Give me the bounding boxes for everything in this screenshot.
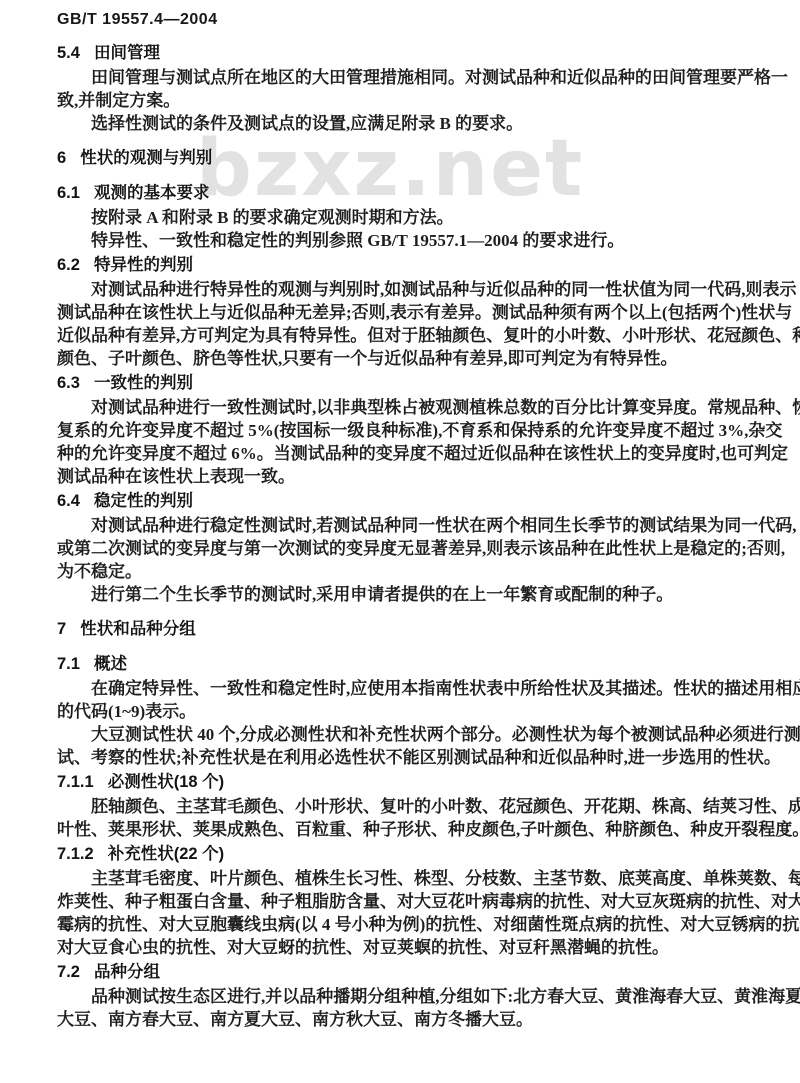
section-heading-6-2: 6.2特异性的判别 (57, 254, 750, 277)
section-number: 7.2 (57, 961, 80, 984)
section-title: 特异性的判别 (94, 256, 193, 274)
text-line: 在确定特异性、一致性和稳定性时,应使用本指南性状表中所给性状及其描述。性状的描述… (57, 677, 750, 700)
section-heading-7-2: 7.2品种分组 (57, 961, 750, 984)
text-line: 复系的允许变异度不超过 5%(按国标一级良种标准),不育系和保持系的允许变异度不… (57, 419, 750, 442)
text-line: 大豆、南方春大豆、南方夏大豆、南方秋大豆、南方冬播大豆。 (57, 1008, 750, 1031)
standard-number-header: GB/T 19557.4—2004 (0, 0, 800, 31)
text-line: 致,并制定方案。 (57, 89, 750, 112)
section-heading-7: 7性状和品种分组 (57, 618, 750, 641)
section-heading-6-3: 6.3一致性的判别 (57, 372, 750, 395)
text-line: 对测试品种进行稳定性测试时,若测试品种同一性状在两个相同生长季节的测试结果为同一… (57, 514, 750, 537)
section-heading-7-1: 7.1概述 (57, 653, 750, 676)
text-line: 种的允许变异度不超过 6%。当测试品种的变异度不超过近似品种在该性状上的变异度时… (57, 442, 750, 465)
section-number: 7 (57, 618, 66, 641)
section-title: 田间管理 (94, 44, 160, 62)
text-line: 霉病的抗性、对大豆胞囊线虫病(以 4 号小种为例)的抗性、对细菌性斑点病的抗性、… (57, 913, 750, 936)
text-line: 大豆测试性状 40 个,分成必测性状和补充性状两个部分。必测性状为每个被测试品种… (57, 723, 750, 746)
section-title: 稳定性的判别 (94, 492, 193, 510)
section-number: 7.1.2 (57, 843, 94, 866)
section-number: 6.4 (57, 490, 80, 513)
section-title: 一致性的判别 (94, 374, 193, 392)
section-title: 补充性状(22 个) (108, 845, 224, 863)
text-line: 品种测试按生态区进行,并以品种播期分组种植,分组如下:北方春大豆、黄淮海春大豆、… (57, 985, 750, 1008)
section-title: 品种分组 (94, 963, 160, 981)
section-number: 6.3 (57, 372, 80, 395)
section-title: 性状的观测与判别 (80, 149, 212, 167)
section-number: 5.4 (57, 42, 80, 65)
text-line: 按附录 A 和附录 B 的要求确定观测时期和方法。 (57, 206, 750, 229)
text-line: 近似品种有差异,方可判定为具有特异性。但对于胚轴颜色、复叶的小叶数、小叶形状、花… (57, 324, 750, 347)
text-line: 的代码(1~9)表示。 (57, 700, 750, 723)
text-line: 对大豆食心虫的抗性、对大豆蚜的抗性、对豆荚螟的抗性、对豆秆黑潜蝇的抗性。 (57, 936, 750, 959)
document-page: bzxz.net GB/T 19557.4—2004 5.4田间管理田间管理与测… (0, 0, 800, 1083)
section-title: 概述 (94, 655, 127, 673)
text-line: 主茎茸毛密度、叶片颜色、植株生长习性、株型、分枝数、主茎节数、底荚高度、单株荚数… (57, 867, 750, 890)
text-line: 特异性、一致性和稳定性的判别参照 GB/T 19557.1—2004 的要求进行… (57, 229, 750, 252)
text-line: 胚轴颜色、主茎茸毛颜色、小叶形状、复叶的小叶数、花冠颜色、开花期、株高、结荚习性… (57, 795, 750, 818)
section-number: 6.2 (57, 254, 80, 277)
section-heading-6: 6性状的观测与判别 (57, 147, 750, 170)
text-line: 试、考察的性状;补充性状是在利用必选性状不能区别测试品种和近似品种时,进一步选用… (57, 746, 750, 769)
text-line: 进行第二个生长季节的测试时,采用申请者提供的在上一年繁育或配制的种子。 (57, 583, 750, 606)
text-line: 对测试品种进行一致性测试时,以非典型株占被观测植株总数的百分比计算变异度。常规品… (57, 396, 750, 419)
section-number: 7.1.1 (57, 771, 94, 794)
text-line: 颜色、子叶颜色、脐色等性状,只要有一个与近似品种有差异,即可判定为有特异性。 (57, 347, 750, 370)
text-line: 对测试品种进行特异性的观测与判别时,如测试品种与近似品种的同一性状值为同一代码,… (57, 278, 750, 301)
section-number: 6.1 (57, 182, 80, 205)
section-heading-7-1-1: 7.1.1必测性状(18 个) (57, 771, 750, 794)
text-line: 测试品种在该性状上表现一致。 (57, 465, 750, 488)
page-content: GB/T 19557.4—2004 5.4田间管理田间管理与测试点所在地区的大田… (0, 0, 800, 1031)
document-body: 5.4田间管理田间管理与测试点所在地区的大田管理措施相同。对测试品种和近似品种的… (57, 42, 750, 1031)
section-number: 7.1 (57, 653, 80, 676)
section-heading-7-1-2: 7.1.2补充性状(22 个) (57, 843, 750, 866)
text-line: 或第二次测试的变异度与第一次测试的变异度无显著差异,则表示该品种在此性状上是稳定… (57, 537, 750, 560)
text-line: 为不稳定。 (57, 560, 750, 583)
section-number: 6 (57, 147, 66, 170)
section-title: 性状和品种分组 (80, 620, 196, 638)
section-heading-6-1: 6.1观测的基本要求 (57, 182, 750, 205)
section-title: 必测性状(18 个) (108, 773, 224, 791)
section-heading-5-4: 5.4田间管理 (57, 42, 750, 65)
text-line: 测试品种在该性状上与近似品种无差异;否则,表示有差异。测试品种须有两个以上(包括… (57, 301, 750, 324)
text-line: 选择性测试的条件及测试点的设置,应满足附录 B 的要求。 (57, 112, 750, 135)
text-line: 炸荚性、种子粗蛋白含量、种子粗脂肪含量、对大豆花叶病毒病的抗性、对大豆灰斑病的抗… (57, 890, 750, 913)
text-line: 田间管理与测试点所在地区的大田管理措施相同。对测试品种和近似品种的田间管理要严格… (57, 66, 750, 89)
section-title: 观测的基本要求 (94, 184, 210, 202)
text-line: 叶性、荚果形状、荚果成熟色、百粒重、种子形状、种皮颜色,子叶颜色、种脐颜色、种皮… (57, 818, 750, 841)
section-heading-6-4: 6.4稳定性的判别 (57, 490, 750, 513)
